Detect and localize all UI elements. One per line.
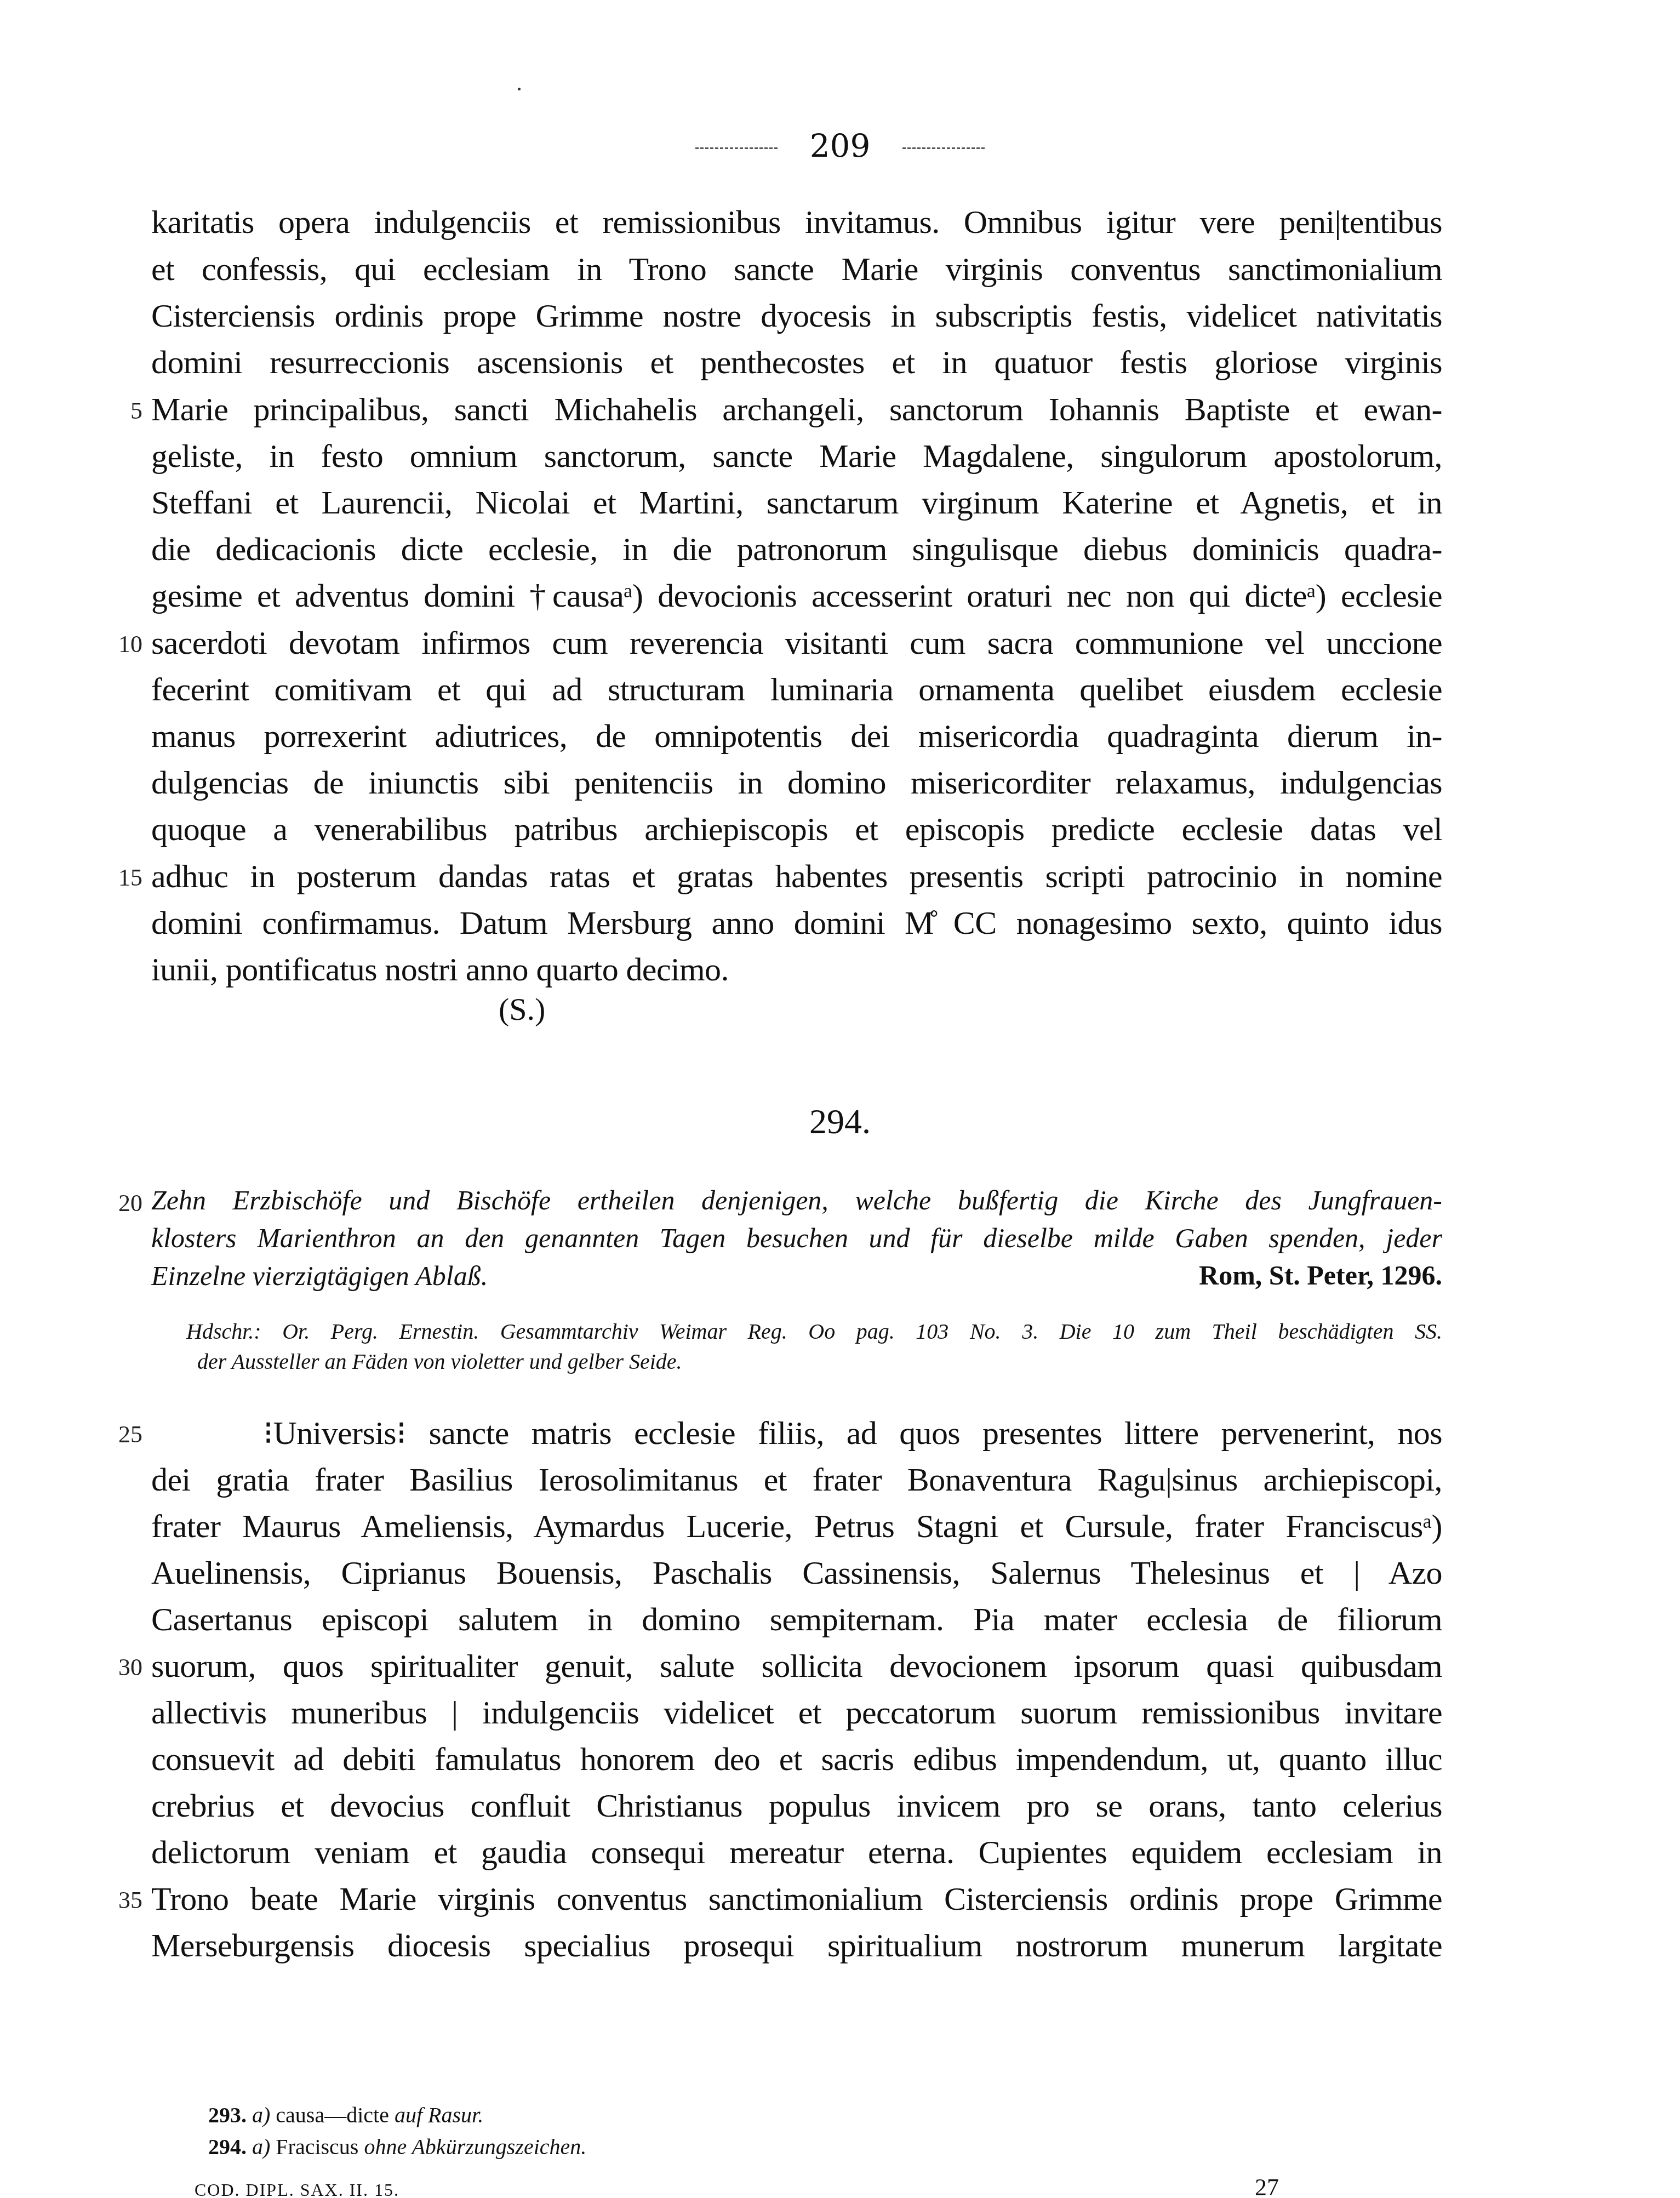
text-line: Auelinensis, Ciprianus Bouensis, Paschal… — [151, 1554, 1442, 1592]
footnote-text: Fraciscus — [276, 2134, 358, 2159]
footnote-note: auf Rasur. — [395, 2103, 483, 2127]
place-date: Rom, St. Peter, 1296. — [1199, 1259, 1442, 1291]
text-line: frater Maurus Ameliensis, Aymardus Lucer… — [151, 1507, 1442, 1545]
text-line: fecerint comitivam et qui ad structuram … — [151, 670, 1442, 709]
footnote: 294. a) Fraciscus ohne Abkürzungszeichen… — [208, 2133, 586, 2161]
text-line: Steffani et Laurencii, Nicolai et Martin… — [151, 483, 1442, 522]
footnote-mark: a) — [252, 2103, 270, 2127]
print-speck — [518, 88, 521, 90]
footnote-mark: a) — [252, 2134, 270, 2159]
header-rule-left — [695, 147, 778, 149]
text-line: manus porrexerint adiutrices, de omnipot… — [151, 717, 1442, 755]
text-line: dei gratia frater Basilius Ierosolimitan… — [151, 1460, 1442, 1499]
text-line: dulgencias de iniunctis sibi penitenciis… — [151, 763, 1442, 802]
text-line: karitatis opera indulgenciis et remissio… — [151, 203, 1442, 241]
text-line: sacerdoti devotam infirmos cum reverenci… — [151, 624, 1442, 662]
footnote-text: causa—dicte — [276, 2103, 389, 2127]
text-line: Marie principalibus, sancti Michahelis a… — [151, 390, 1442, 429]
footnote-note: ohne Abkürzungszeichen. — [364, 2134, 586, 2159]
text-line: consuevit ad debiti famulatus honorem de… — [151, 1740, 1442, 1778]
text-line: adhuc in posterum dandas ratas et gratas… — [151, 857, 1442, 895]
header-rule-right — [902, 147, 985, 149]
line-number: 35 — [99, 1886, 142, 1914]
footnote-doc: 294. — [208, 2134, 247, 2159]
document-number: 294. — [0, 1101, 1680, 1142]
text-line: delictorum veniam et gaudia consequi mer… — [151, 1833, 1442, 1871]
text-line: Merseburgensis diocesis specialius prose… — [151, 1926, 1442, 1965]
text-line: suorum, quos spiritualiter genuit, salut… — [151, 1647, 1442, 1685]
text-line: et confessis, qui ecclesiam in Trono san… — [151, 250, 1442, 288]
footnote-doc: 293. — [208, 2103, 247, 2127]
regest-line: klosters Marienthron an den genannten Ta… — [151, 1221, 1442, 1254]
text-line: iunii, pontificatus nostri anno quarto d… — [151, 950, 1442, 989]
text-line: Trono beate Marie virginis conventus san… — [151, 1880, 1442, 1918]
text-line: Cisterciensis ordinis prope Grimme nostr… — [151, 296, 1442, 335]
text-line: domini resurreccionis ascensionis et pen… — [151, 343, 1442, 381]
text-line: Casertanus episcopi salutem in domino se… — [151, 1600, 1442, 1638]
line-number: 30 — [99, 1653, 142, 1681]
text-line: geliste, in festo omnium sanctorum, sanc… — [151, 437, 1442, 475]
text-line: die dedicacionis dicte ecclesie, in die … — [151, 530, 1442, 568]
source-line: Hdschr.: Or. Perg. Ernestin. Gesammtarch… — [186, 1318, 1442, 1345]
regest-line: Einzelne vierzigtägigen Ablaß. — [151, 1259, 809, 1292]
footer-sheet-number: 27 — [1255, 2173, 1279, 2198]
regest-line: Zehn Erzbischöfe und Bischöfe ertheilen … — [151, 1184, 1442, 1217]
page-header: 209 — [0, 127, 1680, 164]
seal-mark: (S.) — [499, 991, 545, 1027]
source-line: der Aussteller an Fäden von violetter un… — [197, 1348, 1453, 1375]
page-number: 209 — [810, 127, 871, 164]
line-number: 25 — [99, 1420, 142, 1448]
line-number: 20 — [99, 1189, 142, 1217]
text-line: ⁝Universis⁝ sancte matris ecclesie filii… — [263, 1414, 1442, 1452]
text-line: domini confirmamus. Datum Mersburg anno … — [151, 904, 1442, 942]
text-line: crebrius et devocius confluit Christianu… — [151, 1786, 1442, 1825]
text-line: gesime et adventus domini †causaᵃ) devoc… — [151, 576, 1442, 615]
text-line: allectivis muneribus | indulgenciis vide… — [151, 1693, 1442, 1732]
line-number: 5 — [99, 397, 142, 425]
footer-signature: COD. DIPL. SAX. II. 15. — [195, 2180, 399, 2198]
footnote: 293. a) causa—dicte auf Rasur. — [208, 2102, 483, 2129]
line-number: 15 — [99, 864, 142, 892]
line-number: 10 — [99, 630, 142, 658]
text-line: quoque a venerabilibus patribus archiepi… — [151, 810, 1442, 848]
